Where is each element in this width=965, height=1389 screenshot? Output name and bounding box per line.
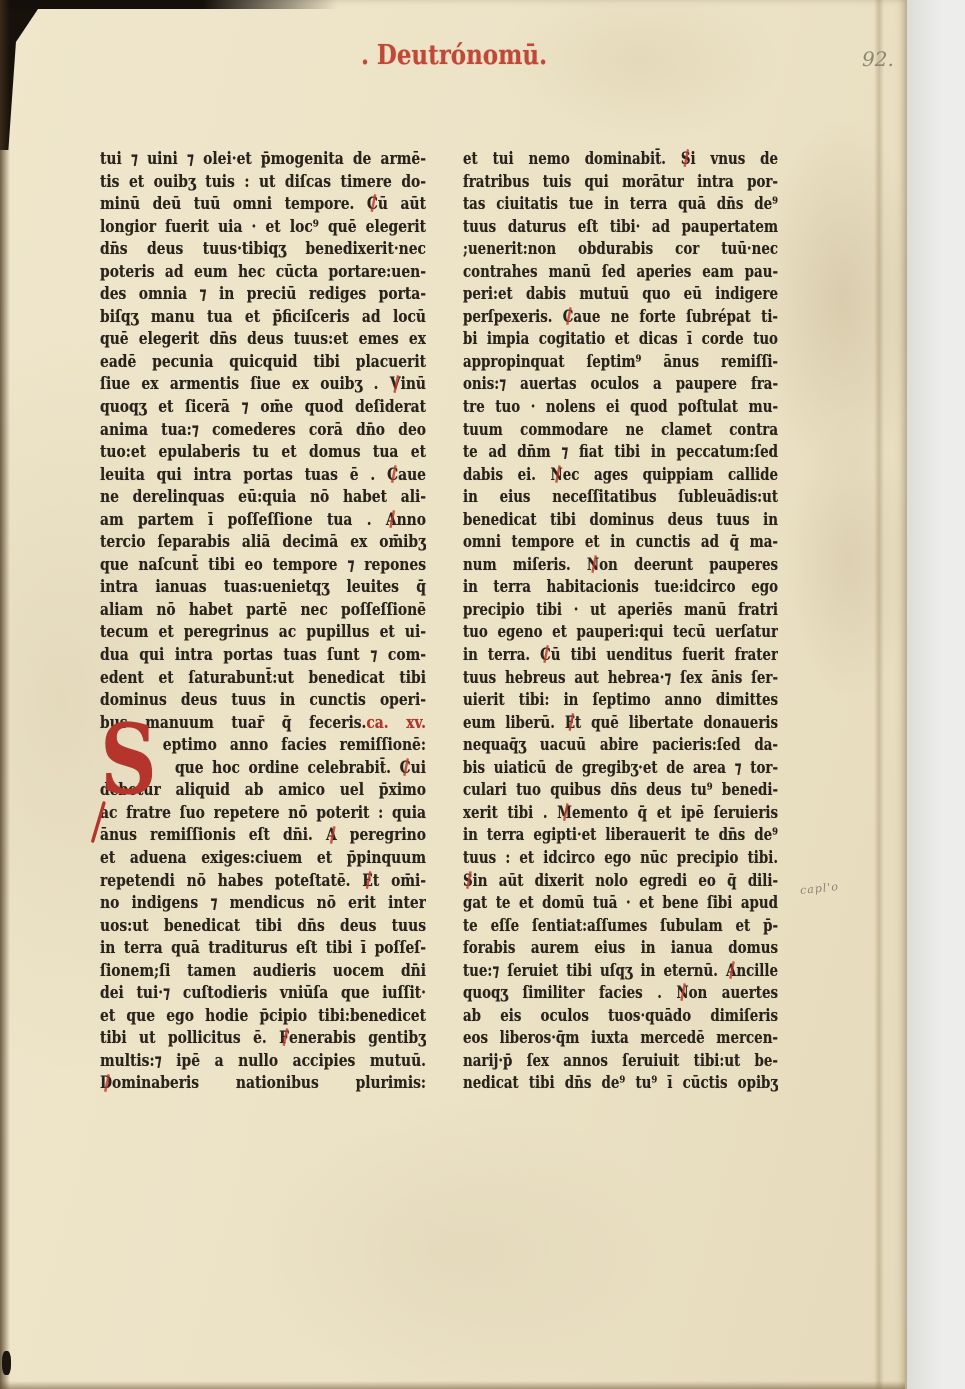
text-segment: narij·p̄ ſex annos ſeruiuit tibi:ut be- bbox=[463, 1051, 778, 1071]
rubricated-capital: C bbox=[387, 464, 398, 487]
text-line: des omnia ⁊ in preciū rediges porta- bbox=[100, 283, 426, 306]
text-line: longior fuerit uia · et loc⁹ quē elegeri… bbox=[100, 216, 426, 239]
text-line: quoqʒ et ſicerā ⁊ om̄e quod deſiderat bbox=[100, 396, 426, 419]
text-line: ab eis oculos tuos·quādo dimiſeris bbox=[463, 1005, 778, 1028]
text-column-left: S tui ⁊ uini ⁊ olei·et p̄mogenita de arm… bbox=[100, 148, 426, 1095]
text-segment: te eſſe ſentiat:aſſumes ſubulam et p̄- bbox=[463, 916, 778, 936]
text-segment: enerabis gentibʒ bbox=[289, 1028, 426, 1048]
folio-number: 92. bbox=[862, 47, 894, 71]
text-segment: et aduena exiges:ciuem et p̄pinquum bbox=[100, 848, 426, 868]
text-segment: tuus daturus eſt tibi· ad paupertatem bbox=[463, 217, 778, 237]
text-segment: quē elegerit dn̄s deus tuus:et emes ex bbox=[100, 329, 426, 349]
text-segment: fratribus tuis qui morātur intra por- bbox=[463, 172, 778, 192]
text-segment: in terra habitacionis tue:idcirco ego bbox=[463, 577, 778, 597]
page-edge-shadow-left bbox=[0, 0, 10, 1389]
text-segment: tui ⁊ uini ⁊ olei·et p̄mogenita de armē- bbox=[100, 149, 426, 169]
text-segment: ui bbox=[411, 758, 426, 778]
text-segment: ;uenerit:non obdurabis cor tuū·nec bbox=[463, 239, 778, 259]
text-segment: dn̄s deus tuus·tibiqʒ benedixerit·nec bbox=[100, 239, 426, 259]
text-segment: xerit tibi . bbox=[463, 803, 557, 823]
text-line: narij·p̄ ſex annos ſeruiuit tibi:ut be- bbox=[463, 1050, 778, 1073]
text-segment: eadē pecunia quicquid tibi placuerit bbox=[100, 352, 426, 372]
text-line: tuus hebreus aut hebrea·⁊ ſex ānis ſer- bbox=[463, 667, 778, 690]
text-line: in terra habitacionis tue:idcirco ego bbox=[463, 576, 778, 599]
text-line: te eſſe ſentiat:aſſumes ſubulam et p̄- bbox=[463, 915, 778, 938]
text-segment: multis:⁊ ipē a nullo accipies mutuū. bbox=[100, 1051, 426, 1071]
rubricated-capital: D bbox=[100, 1072, 112, 1095]
rubricated-capital: N bbox=[587, 554, 599, 577]
text-segment: eum liberū. bbox=[463, 713, 565, 733]
text-segment: appropinquat ſeptim⁹ ānus remiſſi- bbox=[463, 352, 778, 372]
text-segment: in aūt dixerit nolo egredi eo q̄ dili- bbox=[473, 871, 778, 891]
text-line: te ad dn̄m ⁊ fiat tibi in peccatum:ſed bbox=[463, 441, 778, 464]
text-segment: omni tempore et in cunctis ad q̄ ma- bbox=[463, 532, 778, 552]
rubricated-capital: E bbox=[362, 870, 373, 893]
text-segment: ne derelinquas eū:quia nō habet ali- bbox=[100, 487, 426, 507]
text-line: xerit tibi . Memento q̄ et ipē ſeruieris bbox=[463, 802, 778, 825]
rubricated-capital: A bbox=[386, 509, 397, 532]
text-line: eos liberos·q̄m iuxta mercedē mercen- bbox=[463, 1027, 778, 1050]
text-line: benedicat tibi dominus deus tuus in bbox=[463, 509, 778, 532]
text-line: tis et ouibʒ tuis : ut diſcas timere do- bbox=[100, 171, 426, 194]
text-segment: que hoc ordine celebrabit̄. bbox=[175, 758, 400, 778]
text-line: ſionem;ſi tamen audieris uocem dn̄i bbox=[100, 960, 426, 983]
text-segment: intra ianuas tuas:uenietqʒ leuites q̄ bbox=[100, 577, 426, 597]
photo-backdrop bbox=[907, 0, 965, 1389]
text-segment: am partem ī poſſeſſione tua . bbox=[100, 510, 386, 530]
rubricated-capital: F bbox=[279, 1027, 289, 1050]
text-segment: on auertes bbox=[689, 983, 778, 1003]
page-edge-shadow-bottom bbox=[0, 1381, 905, 1389]
text-line: dn̄s deus tuus·tibiqʒ benedixerit·nec bbox=[100, 238, 426, 261]
chapter-rubric: ca. xv. bbox=[366, 713, 426, 733]
text-segment: uos:ut benedicat tibi dn̄s deus tuus bbox=[100, 916, 426, 936]
text-segment: precipio tibi · ut aperiēs manū fratri bbox=[463, 600, 778, 620]
illuminated-initial-S: S bbox=[95, 716, 162, 812]
text-line: bi impia cogitatio et dicas ī corde tuo bbox=[463, 328, 778, 351]
text-segment: bi impia cogitatio et dicas ī corde tuo bbox=[463, 329, 778, 349]
text-segment: tas ciuitatis tue in terra quā dn̄s de⁹ bbox=[463, 194, 778, 214]
rubricated-capital: C bbox=[400, 757, 411, 780]
text-line: repetendi nō habes poteſtatē. Et om̄i- bbox=[100, 870, 426, 893]
text-line: anima tua:⁊ comederes corā dn̄o deo bbox=[100, 419, 426, 442]
text-line: tui ⁊ uini ⁊ olei·et p̄mogenita de armē- bbox=[100, 148, 426, 171]
text-segment: repetendi nō habes poteſtatē. bbox=[100, 871, 362, 891]
text-line: ſiue ex armentis ſiue ex ouibʒ . Vinū bbox=[100, 373, 426, 396]
text-segment: minū deū tuū omni tempore. bbox=[100, 194, 367, 214]
text-segment: tis et ouibʒ tuis : ut diſcas timere do- bbox=[100, 172, 426, 192]
text-line: appropinquat ſeptim⁹ ānus remiſſi- bbox=[463, 351, 778, 374]
text-line: tuus : et idcirco ego nūc precipio tibi. bbox=[463, 847, 778, 870]
text-segment: tuo egeno et pauperi:qui tecū uerſatur bbox=[463, 622, 778, 642]
text-line: perſpexeris. Caue ne forte ſubrépat ti- bbox=[463, 306, 778, 329]
text-line: peri:et dabis mutuū quo eū indigere bbox=[463, 283, 778, 306]
text-segment: gat te et domū tuā · et bene ſibi apud bbox=[463, 893, 778, 913]
text-segment: ū tibi uenditus fuerit frater bbox=[551, 645, 778, 665]
text-segment: num miſeris. bbox=[463, 555, 587, 575]
text-line: nequaq̄ʒ uacuū abire pacieris:ſed da- bbox=[463, 734, 778, 757]
text-line: ānus remiſſionis eſt dn̄i. A peregrino bbox=[100, 824, 426, 847]
text-segment: aue bbox=[398, 465, 426, 485]
text-segment: que naſcunt̄ tibi eo tempore ⁊ repones bbox=[100, 555, 426, 575]
text-line: in terra egipti·et liberauerit te dn̄s d… bbox=[463, 824, 778, 847]
rubricated-capital: S bbox=[681, 148, 691, 171]
text-segment: tibi ut pollicitus ē. bbox=[100, 1028, 279, 1048]
text-segment: eptimo anno facies remiſſionē: bbox=[163, 735, 426, 755]
text-line: dua qui intra portas tuas ſunt ⁊ com- bbox=[100, 644, 426, 667]
text-line: nedicat tibi dn̄s de⁹ tu⁹ ī cūctis opibʒ bbox=[463, 1072, 778, 1095]
text-line: uierit tibi: in ſeptimo anno dimittes bbox=[463, 689, 778, 712]
text-line: tue:⁊ ſeruiet tibi uſqʒ in eternū. Ancil… bbox=[463, 960, 778, 983]
text-line: edent et ſaturabunt̄:ut benedicat tibi bbox=[100, 667, 426, 690]
text-segment: culari tuo quibus dn̄s deus tu⁹ benedi- bbox=[463, 780, 778, 800]
text-line: tuus daturus eſt tibi· ad paupertatem bbox=[463, 216, 778, 239]
text-line: bis uiaticū de gregibʒ·et de area ⁊ tor- bbox=[463, 757, 778, 780]
text-segment: tre tuo · nolens ei quod poſtulat mu- bbox=[463, 397, 778, 417]
text-segment: peri:et dabis mutuū quo eū indigere bbox=[463, 284, 778, 304]
text-line: quoqʒ ſimiliter facies . Non auertes bbox=[463, 982, 778, 1005]
text-segment: nequaq̄ʒ uacuū abire pacieris:ſed da- bbox=[463, 735, 778, 755]
text-segment: ec ages quippiam callide bbox=[563, 465, 778, 485]
text-segment: ncille bbox=[736, 961, 778, 981]
text-line: dabis ei. Nec ages quippiam callide bbox=[463, 464, 778, 487]
text-line: Sin aūt dixerit nolo egredi eo q̄ dili- bbox=[463, 870, 778, 893]
text-segment: te ad dn̄m ⁊ fiat tibi in peccatum:ſed bbox=[463, 442, 778, 462]
running-title: . Deutrónomū. bbox=[352, 40, 556, 71]
text-line: tibi ut pollicitus ē. Fenerabis gentibʒ bbox=[100, 1027, 426, 1050]
text-segment: des omnia ⁊ in preciū rediges porta- bbox=[100, 284, 426, 304]
text-line: no indigens ⁊ mendicus nō erit inter bbox=[100, 892, 426, 915]
text-segment: tuus hebreus aut hebrea·⁊ ſex ānis ſer- bbox=[463, 668, 778, 688]
text-line: onis:⁊ auertas oculos a paupere fra- bbox=[463, 373, 778, 396]
text-segment: i vnus de bbox=[690, 149, 778, 169]
text-segment: in eius neceſſitatibus ſubleuādis:ut bbox=[463, 487, 778, 507]
text-line: et aduena exiges:ciuem et p̄pinquum bbox=[100, 847, 426, 870]
text-line: eadē pecunia quicquid tibi placuerit bbox=[100, 351, 426, 374]
text-line: biſqʒ manu tua et p̄ficiſceris ad locū bbox=[100, 306, 426, 329]
text-segment: aue ne forte ſubrépat ti- bbox=[573, 307, 778, 327]
text-line: tuo:et epulaberis tu et domus tua et bbox=[100, 441, 426, 464]
text-segment: quoqʒ ſimiliter facies . bbox=[463, 983, 676, 1003]
text-segment: aliam nō habet partē nec poſſeſſionē bbox=[100, 600, 426, 620]
text-segment: t om̄i- bbox=[373, 871, 426, 891]
text-line: eum liberū. Et quē libertate donaueris bbox=[463, 712, 778, 735]
text-segment: eos liberos·q̄m iuxta mercedē mercen- bbox=[463, 1028, 778, 1048]
text-segment: in terra quā traditurus eſt tibi ī poſſe… bbox=[100, 938, 426, 958]
text-line: forabis aurem eius in ianua domus bbox=[463, 937, 778, 960]
rubricated-capital: V bbox=[390, 373, 401, 396]
text-line: que naſcunt̄ tibi eo tempore ⁊ repones bbox=[100, 554, 426, 577]
text-segment: leuita qui intra portas tuas ē . bbox=[100, 465, 387, 485]
text-line: et que ego hodie p̄cipio tibi:benedicet bbox=[100, 1005, 426, 1028]
text-line: poteris ad eum hec cūcta portare:uen- bbox=[100, 261, 426, 284]
text-segment: onis:⁊ auertas oculos a paupere fra- bbox=[463, 374, 778, 394]
text-line: am partem ī poſſeſſione tua . Anno bbox=[100, 509, 426, 532]
rubricated-capital: C bbox=[540, 644, 551, 667]
text-segment: benedicat tibi dominus deus tuus in bbox=[463, 510, 778, 530]
text-segment: in terra. bbox=[463, 645, 540, 665]
text-segment: tue:⁊ ſeruiet tibi uſqʒ in eternū. bbox=[463, 961, 726, 981]
text-line: contrahes manū ſed aperies eam pau- bbox=[463, 261, 778, 284]
text-line: tre tuo · nolens ei quod poſtulat mu- bbox=[463, 396, 778, 419]
text-line: tecum et peregrinus ac pupillus et ui- bbox=[100, 621, 426, 644]
text-line: et tui nemo dominabit̄. Si vnus de bbox=[463, 148, 778, 171]
text-line: tuo egeno et pauperi:qui tecū uerſatur bbox=[463, 621, 778, 644]
text-line: tas ciuitatis tue in terra quā dn̄s de⁹ bbox=[463, 193, 778, 216]
text-segment: peregrino bbox=[337, 825, 426, 845]
text-segment: tecum et peregrinus ac pupillus et ui- bbox=[100, 622, 426, 642]
text-segment: t quē libertate donaueris bbox=[575, 713, 778, 733]
text-segment: edent et ſaturabunt̄:ut benedicat tibi bbox=[100, 668, 426, 688]
text-line: minū deū tuū omni tempore. Cū aūt bbox=[100, 193, 426, 216]
text-segment: ab eis oculos tuos·quādo dimiſeris bbox=[463, 1006, 778, 1026]
text-line: Dominaberis nationibus plurimis: bbox=[100, 1072, 426, 1095]
text-line: precipio tibi · ut aperiēs manū fratri bbox=[463, 599, 778, 622]
text-line: multis:⁊ ipē a nullo accipies mutuū. bbox=[100, 1050, 426, 1073]
text-line: tercio ſeparabis aliā decimā ex om̄ibʒ bbox=[100, 531, 426, 554]
text-segment: tuus : et idcirco ego nūc precipio tibi. bbox=[463, 848, 778, 868]
text-segment: contrahes manū ſed aperies eam pau- bbox=[463, 262, 778, 282]
text-line: tuum commodare ne clamet contra bbox=[463, 419, 778, 442]
text-segment: emento q̄ et ipē ſeruieris bbox=[572, 803, 778, 823]
rubricated-capital: S bbox=[463, 870, 473, 893]
text-segment: on deerunt pauperes bbox=[599, 555, 778, 575]
rubricated-capital: N bbox=[550, 464, 562, 487]
text-segment: et tui nemo dominabit̄. bbox=[463, 149, 681, 169]
text-segment: inū bbox=[401, 374, 426, 394]
text-segment: tuum commodare ne clamet contra bbox=[463, 420, 778, 440]
text-segment: tuo:et epulaberis tu et domus tua et bbox=[100, 442, 426, 462]
text-line: culari tuo quibus dn̄s deus tu⁹ benedi- bbox=[463, 779, 778, 802]
rubricated-capital: N bbox=[676, 982, 688, 1005]
text-segment: anima tua:⁊ comederes corā dn̄o deo bbox=[100, 420, 426, 440]
text-segment: poteris ad eum hec cūcta portare:uen- bbox=[100, 262, 426, 282]
text-segment: uierit tibi: in ſeptimo anno dimittes bbox=[463, 690, 778, 710]
text-line: ne derelinquas eū:quia nō habet ali- bbox=[100, 486, 426, 509]
text-segment: ſionem;ſi tamen audieris uocem dn̄i bbox=[100, 961, 426, 981]
text-segment: no indigens ⁊ mendicus nō erit inter bbox=[100, 893, 426, 913]
text-line: gat te et domū tuā · et bene ſibi apud bbox=[463, 892, 778, 915]
text-line: num miſeris. Non deerunt pauperes bbox=[463, 554, 778, 577]
text-segment: ū aūt bbox=[378, 194, 426, 214]
text-line: in eius neceſſitatibus ſubleuādis:ut bbox=[463, 486, 778, 509]
rubricated-capital: A bbox=[326, 824, 337, 847]
text-segment: in terra egipti·et liberauerit te dn̄s d… bbox=[463, 825, 778, 845]
manuscript-page: . Deutrónomū. 92. capl'o S tui ⁊ uini ⁊ … bbox=[0, 0, 907, 1389]
text-line: ;uenerit:non obdurabis cor tuū·nec bbox=[463, 238, 778, 261]
rubricated-capital: A bbox=[726, 960, 736, 983]
text-line: uos:ut benedicat tibi dn̄s deus tuus bbox=[100, 915, 426, 938]
text-segment: tercio ſeparabis aliā decimā ex om̄ibʒ bbox=[100, 532, 426, 552]
text-line: quē elegerit dn̄s deus tuus:et emes ex bbox=[100, 328, 426, 351]
text-segment: nno bbox=[397, 510, 426, 530]
rubricated-capital: C bbox=[367, 193, 378, 216]
text-line: aliam nō habet partē nec poſſeſſionē bbox=[100, 599, 426, 622]
text-line: fratribus tuis qui morātur intra por- bbox=[463, 171, 778, 194]
text-segment: forabis aurem eius in ianua domus bbox=[463, 938, 778, 958]
text-segment: dua qui intra portas tuas ſunt ⁊ com- bbox=[100, 645, 426, 665]
text-segment: dabis ei. bbox=[463, 465, 550, 485]
vellum-crease bbox=[874, 0, 884, 1389]
text-segment: bis uiaticū de gregibʒ·et de area ⁊ tor- bbox=[463, 758, 778, 778]
text-line: in terra quā traditurus eſt tibi ī poſſe… bbox=[100, 937, 426, 960]
text-line: intra ianuas tuas:uenietqʒ leuites q̄ bbox=[100, 576, 426, 599]
rubricated-capital: E bbox=[565, 712, 575, 735]
text-segment: ominaberis nationibus plurimis: bbox=[112, 1073, 426, 1093]
rubricated-capital: C bbox=[563, 306, 574, 329]
text-segment: perſpexeris. bbox=[463, 307, 563, 327]
text-line: leuita qui intra portas tuas ē . Caue bbox=[100, 464, 426, 487]
margin-annotation-handwritten: capl'o bbox=[799, 880, 839, 897]
text-line: in terra. Cū tibi uenditus fuerit frater bbox=[463, 644, 778, 667]
book-edge-top-band bbox=[0, 0, 338, 9]
text-segment: ſiue ex armentis ſiue ex ouibʒ . bbox=[100, 374, 390, 394]
text-line: omni tempore et in cunctis ad q̄ ma- bbox=[463, 531, 778, 554]
text-segment: dei tui·⁊ cuſtodieris vniūſa que iuſſit· bbox=[100, 983, 426, 1003]
text-column-right: et tui nemo dominabit̄. Si vnus defratri… bbox=[463, 148, 778, 1095]
text-segment: quoqʒ et ſicerā ⁊ om̄e quod deſiderat bbox=[100, 397, 426, 417]
rubricated-capital: M bbox=[557, 802, 572, 825]
text-segment: nedicat tibi dn̄s de⁹ tu⁹ ī cūctis opibʒ bbox=[463, 1073, 778, 1093]
text-segment: ānus remiſſionis eſt dn̄i. bbox=[100, 825, 326, 845]
text-segment: et que ego hodie p̄cipio tibi:benedicet bbox=[100, 1006, 426, 1026]
text-line: dei tui·⁊ cuſtodieris vniūſa que iuſſit· bbox=[100, 982, 426, 1005]
text-segment: longior fuerit uia · et loc⁹ quē elegeri… bbox=[100, 217, 426, 237]
text-segment: biſqʒ manu tua et p̄ficiſceris ad locū bbox=[100, 307, 426, 327]
binding-mark-bottom-left bbox=[2, 1351, 11, 1375]
